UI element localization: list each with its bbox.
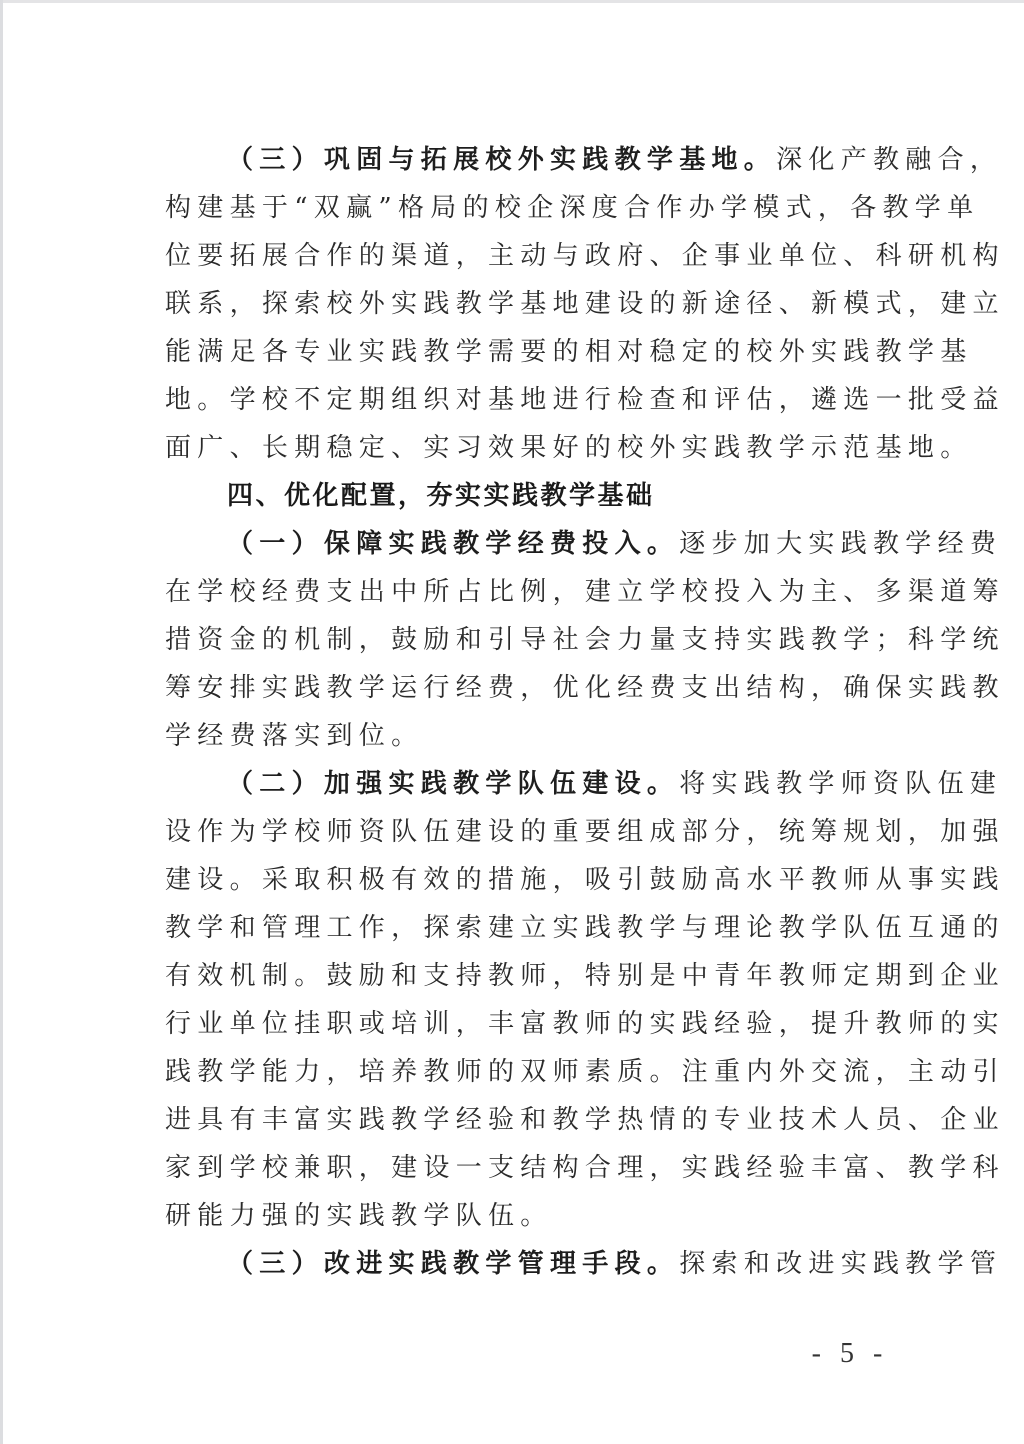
paragraph-section-4-3: （三）改进实践教学管理手段。探索和改进实践教学管 — [165, 1240, 877, 1288]
paragraph-lead-title: （三）改进实践教学管理手段。 — [227, 1249, 679, 1279]
paragraph-first-line: （二）加强实践教学队伍建设。将实践教学师资队伍建 — [165, 760, 877, 808]
paragraph-line: 位要拓展合作的渠道，主动与政府、企事业单位、科研机构 — [165, 232, 877, 280]
paragraph-line: 建设。采取积极有效的措施，吸引鼓励高水平教师从事实践 — [165, 856, 877, 904]
paragraph-text: 深化产教融合， — [776, 145, 1002, 175]
paragraph-line: 构建基于“双赢”格局的校企深度合作办学模式，各教学单 — [165, 184, 877, 232]
paragraph-line: 家到学校兼职，建设一支结构合理，实践经验丰富、教学科 — [165, 1144, 877, 1192]
paragraph-lead-title: （三）巩固与拓展校外实践教学基地。 — [227, 145, 776, 175]
section-heading: 四、优化配置，夯实实践教学基础 — [165, 472, 877, 520]
paragraph-line: 学经费落实到位。 — [165, 712, 877, 760]
paragraph-section-3-3: （三）巩固与拓展校外实践教学基地。深化产教融合， 构建基于“双赢”格局的校企深度… — [165, 136, 877, 472]
scan-edge-left — [0, 0, 3, 1444]
paragraph-line: 研能力强的实践教学队伍。 — [165, 1192, 877, 1240]
document-page-body: （三）巩固与拓展校外实践教学基地。深化产教融合， 构建基于“双赢”格局的校企深度… — [165, 136, 877, 1288]
page-number: - 5 - — [800, 1338, 900, 1370]
paragraph-section-4-2: （二）加强实践教学队伍建设。将实践教学师资队伍建 设作为学校师资队伍建设的重要组… — [165, 760, 877, 1240]
paragraph-line: 联系，探索校外实践教学基地建设的新途径、新模式，建立 — [165, 280, 877, 328]
paragraph-line: 地。学校不定期组织对基地进行检查和评估，遴选一批受益 — [165, 376, 877, 424]
paragraph-line: 筹安排实践教学运行经费，优化经费支出结构，确保实践教 — [165, 664, 877, 712]
paragraph-text: 将实践教学师资队伍建 — [679, 769, 1002, 799]
scan-edge-top — [0, 0, 1024, 3]
paragraph-text: 逐步加大实践教学经费 — [679, 529, 1002, 559]
paragraph-lead-title: （一）保障实践教学经费投入。 — [227, 529, 679, 559]
paragraph-line: 有效机制。鼓励和支持教师，特别是中青年教师定期到企业 — [165, 952, 877, 1000]
paragraph-first-line: （一）保障实践教学经费投入。逐步加大实践教学经费 — [165, 520, 877, 568]
paragraph-text: 探索和改进实践教学管 — [679, 1249, 1002, 1279]
paragraph-lead-title: （二）加强实践教学队伍建设。 — [227, 769, 679, 799]
paragraph-line: 设作为学校师资队伍建设的重要组成部分，统筹规划，加强 — [165, 808, 877, 856]
paragraph-line: 行业单位挂职或培训，丰富教师的实践经验，提升教师的实 — [165, 1000, 877, 1048]
paragraph-line: 措资金的机制，鼓励和引导社会力量支持实践教学；科学统 — [165, 616, 877, 664]
paragraph-line: 践教学能力，培养教师的双师素质。注重内外交流，主动引 — [165, 1048, 877, 1096]
paragraph-first-line: （三）巩固与拓展校外实践教学基地。深化产教融合， — [165, 136, 877, 184]
paragraph-line: 教学和管理工作，探索建立实践教学与理论教学队伍互通的 — [165, 904, 877, 952]
paragraph-section-4-1: （一）保障实践教学经费投入。逐步加大实践教学经费 在学校经费支出中所占比例，建立… — [165, 520, 877, 760]
paragraph-first-line: （三）改进实践教学管理手段。探索和改进实践教学管 — [165, 1240, 877, 1288]
paragraph-line: 面广、长期稳定、实习效果好的校外实践教学示范基地。 — [165, 424, 877, 472]
paragraph-line: 能满足各专业实践教学需要的相对稳定的校外实践教学基 — [165, 328, 877, 376]
paragraph-line: 在学校经费支出中所占比例，建立学校投入为主、多渠道筹 — [165, 568, 877, 616]
paragraph-line: 进具有丰富实践教学经验和教学热情的专业技术人员、企业 — [165, 1096, 877, 1144]
